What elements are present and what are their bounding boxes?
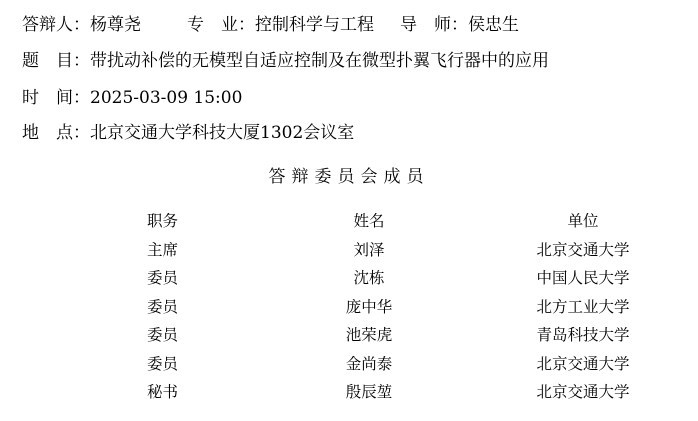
member-name: 殷辰堃 <box>269 377 469 406</box>
member-org: 中国人民大学 <box>469 263 697 292</box>
column-header-name: 姓名 <box>269 206 469 235</box>
member-name: 刘泽 <box>269 235 469 264</box>
table-row: 秘书 殷辰堃 北京交通大学 <box>100 377 697 406</box>
time-label: 时 间： <box>22 88 90 108</box>
member-name: 池荣虎 <box>269 320 469 349</box>
member-name: 庞中华 <box>269 292 469 321</box>
advisor-label: 导 师： <box>400 15 468 35</box>
table-row: 委员 池荣虎 青岛科技大学 <box>100 320 697 349</box>
member-org: 青岛科技大学 <box>469 320 697 349</box>
member-org: 北京交通大学 <box>469 349 697 378</box>
time-line: 时 间：2025-03-09 15:00 <box>22 87 242 109</box>
major-value: 控制科学与工程 <box>255 15 374 35</box>
place-value: 北京交通大学科技大厦1302会议室 <box>90 123 354 143</box>
member-role: 委员 <box>100 292 269 321</box>
defender-line: 答辩人：杨尊尧专 业：控制科学与工程导 师：侯忠生 <box>22 14 519 36</box>
defender-name: 杨尊尧 <box>90 15 141 35</box>
column-header-org: 单位 <box>469 206 697 235</box>
place-label: 地 点： <box>22 123 90 143</box>
member-org: 北京交通大学 <box>469 377 697 406</box>
major-label: 专 业： <box>187 15 255 35</box>
member-role: 委员 <box>100 263 269 292</box>
column-header-role: 职务 <box>100 206 269 235</box>
table-row: 主席 刘泽 北京交通大学 <box>100 235 697 264</box>
member-org: 北京交通大学 <box>469 235 697 264</box>
topic-label: 题 目： <box>22 51 90 71</box>
place-line: 地 点：北京交通大学科技大厦1302会议室 <box>22 122 354 144</box>
table-row: 委员 庞中华 北方工业大学 <box>100 292 697 321</box>
table-row: 委员 沈栋 中国人民大学 <box>100 263 697 292</box>
member-role: 主席 <box>100 235 269 264</box>
defender-label: 答辩人： <box>22 15 90 35</box>
time-value: 2025-03-09 15:00 <box>90 88 242 108</box>
table-row: 委员 金尚泰 北京交通大学 <box>100 349 697 378</box>
member-role: 秘书 <box>100 377 269 406</box>
member-role: 委员 <box>100 349 269 378</box>
topic-line: 题 目：带扰动补偿的无模型自适应控制及在微型扑翼飞行器中的应用 <box>22 50 549 72</box>
member-org: 北方工业大学 <box>469 292 697 321</box>
table-header-row: 职务 姓名 单位 <box>100 206 697 235</box>
member-name: 沈栋 <box>269 263 469 292</box>
member-role: 委员 <box>100 320 269 349</box>
member-name: 金尚泰 <box>269 349 469 378</box>
committee-table: 职务 姓名 单位 主席 刘泽 北京交通大学 委员 沈栋 中国人民大学 委员 庞中… <box>100 206 697 406</box>
committee-title: 答辩委员会成员 <box>0 162 698 187</box>
advisor-value: 侯忠生 <box>468 15 519 35</box>
topic-value: 带扰动补偿的无模型自适应控制及在微型扑翼飞行器中的应用 <box>90 51 549 71</box>
